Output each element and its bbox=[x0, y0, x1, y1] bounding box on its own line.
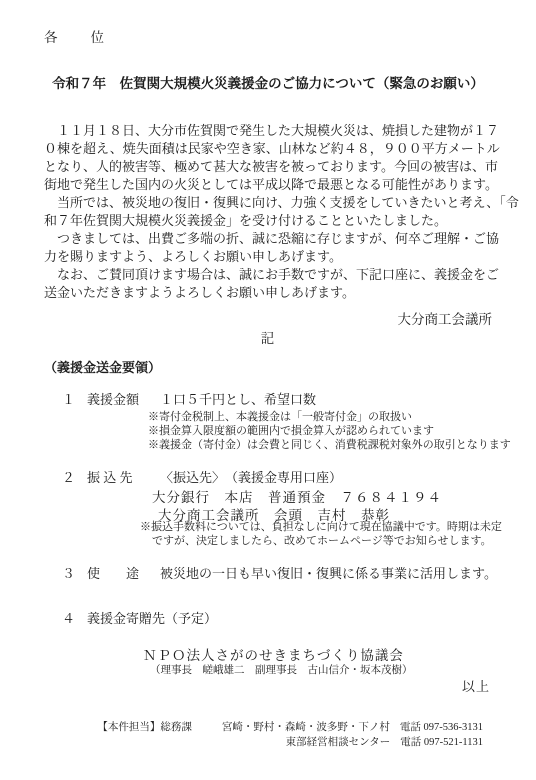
body-line: 送金いただきますようよろしくお願い申しあげます。 bbox=[44, 284, 496, 302]
item-1-row: １ 義援金額 １口５千円とし、希望口数 bbox=[62, 391, 506, 408]
item-1-content: １口５千円とし、希望口数 bbox=[160, 391, 506, 408]
body-line: つきましては、出費ご多端の折、誠に恐縮に存じますが、何卒ご理解・ご協 bbox=[44, 230, 496, 248]
item-4-label: 義援金寄贈先（予定） bbox=[87, 610, 506, 627]
body-line: 街地で発生した国内の火災としては平成以降で最悪となる可能性があります。 bbox=[44, 176, 496, 194]
footer-staff-names: 宮崎・野村・森崎・波多野・下ノ村 bbox=[222, 722, 390, 733]
bank-account-line: 大分銀行 本店 普通預金 ７６８４１９４ bbox=[152, 486, 442, 506]
item-3-content: 被災地の一日も早い復旧・復興に係る事業に活用します。 bbox=[160, 565, 506, 582]
body-line: となり、人的被害等、極めて甚大な被害を被っております。今回の被害は、市 bbox=[44, 158, 496, 176]
tax-note: ※損金算入限度額の範囲内で損金算入が認められています bbox=[148, 424, 511, 438]
body-line: ０棟を超え、焼失面積は民家や空き家、山林など約４８，９００平方メートル bbox=[44, 140, 496, 158]
footer-phone-1: 電話 097-536-3131 bbox=[400, 722, 483, 733]
item-2-notes: ※振込手数料については、負担なしに向けて現在協議中です。時期は未定 ですが、決定… bbox=[140, 520, 502, 548]
body-line: １１月１８日、大分市佐賀関で発生した大規模火災は、焼損した建物が１７ bbox=[44, 122, 496, 140]
tax-note: ※寄付金税制上、本義援金は「一般寄付金」の取扱い bbox=[148, 410, 511, 424]
item-4-number: ４ bbox=[62, 610, 87, 627]
closing-marker: 以上 bbox=[0, 676, 490, 695]
item-4-row: ４ 義援金寄贈先（予定） bbox=[62, 610, 506, 627]
body-line: 当所では、被災地の復旧・復興に向け、力強く支援をしていきたいと考え、「令 bbox=[44, 194, 496, 212]
document-page: 各 位 令和７年 佐賀関大規模火災義援金のご協力について（緊急のお願い） １１月… bbox=[0, 0, 536, 780]
transfer-fee-note: ですが、決定しましたら、改めてホームページ等でお知らせします。 bbox=[152, 534, 502, 548]
footer-department: 【本件担当】総務課 bbox=[97, 722, 192, 733]
transfer-fee-note: ※振込手数料については、負担なしに向けて現在協議中です。時期は未定 bbox=[140, 520, 502, 534]
body-line: なお、ご賛同頂けます場合は、誠にお手数ですが、下記口座に、義援金をご bbox=[44, 266, 496, 284]
donee-name: ＮＰＯ法人さがのせきまちづくり協議会 bbox=[143, 644, 404, 664]
item-3-label: 使 途 bbox=[87, 565, 160, 582]
document-title: 令和７年 佐賀関大規模火災義援金のご協力について（緊急のお願い） bbox=[0, 72, 536, 92]
item-3-row: ３ 使 途 被災地の一日も早い復旧・復興に係る事業に活用します。 bbox=[62, 565, 506, 582]
sender-name: 大分商工会議所 bbox=[0, 308, 492, 328]
item-1-label: 義援金額 bbox=[87, 391, 160, 408]
donee-officers: （理事長 嵯峨雄二 副理事長 古山信介・坂本茂樹） bbox=[150, 662, 413, 677]
item-1-notes: ※寄付金税制上、本義援金は「一般寄付金」の取扱い ※損金算入限度額の範囲内で損金… bbox=[148, 410, 511, 452]
body-line: 和７年佐賀関大規模火災義援金」を受け付けることといたしました。 bbox=[44, 212, 496, 230]
item-2-label: 振 込 先 bbox=[87, 469, 160, 486]
item-1-number: １ bbox=[62, 391, 87, 408]
item-3-number: ３ bbox=[62, 565, 87, 582]
footer-contact-line-2: 東部経営相談センター電話 097-521-1131 bbox=[0, 734, 483, 749]
footer-office: 東部経営相談センター bbox=[286, 737, 391, 748]
footer-phone-2: 電話 097-521-1131 bbox=[400, 737, 483, 748]
record-marker: 記 bbox=[0, 327, 536, 347]
item-2-row: ２ 振 込 先 〈振込先〉 （義援金専用口座） bbox=[62, 469, 506, 486]
tax-note: ※義援金（寄付金）は会費と同じく、消費税課税対象外の取引となります bbox=[148, 438, 511, 452]
item-2-number: ２ bbox=[62, 469, 87, 486]
body-paragraphs: １１月１８日、大分市佐賀関で発生した大規模火災は、焼損した建物が１７ ０棟を超え… bbox=[44, 122, 496, 302]
section-heading: （義援金送金要領） bbox=[44, 357, 161, 376]
recipient-line: 各 位 bbox=[44, 26, 106, 46]
body-line: 力を賜りますよう、よろしくお願い申しあげます。 bbox=[44, 248, 496, 266]
footer-contact-line-1: 【本件担当】総務課宮崎・野村・森崎・波多野・下ノ村電話 097-536-3131 bbox=[0, 719, 483, 734]
item-2-content: 〈振込先〉 （義援金専用口座） bbox=[160, 469, 506, 486]
